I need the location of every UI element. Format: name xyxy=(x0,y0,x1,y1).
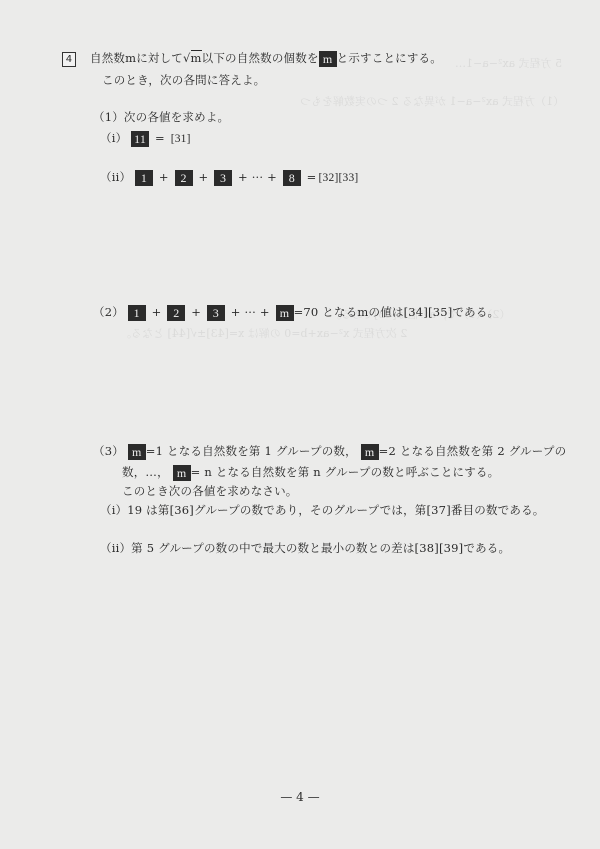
notation-box: 3 xyxy=(207,305,225,321)
part3-line3: このとき次の各値を求めなさい。 xyxy=(122,483,298,499)
answer-blank[interactable]: [32][33] xyxy=(319,172,359,184)
part2-label: （2） xyxy=(93,305,124,319)
ellipsis: + ··· + xyxy=(231,305,270,319)
notation-box: 8 xyxy=(283,170,301,186)
bleed-through-text: （1）方程式 ax²−a−1 が異なる 2 つの実数解をもつ xyxy=(300,93,564,109)
notation-box: 11 xyxy=(131,131,149,147)
part1-label: （1） xyxy=(93,110,124,124)
problem-number-box: 4 xyxy=(62,52,76,67)
notation-box: m xyxy=(173,465,191,481)
notation-box: m xyxy=(276,305,294,321)
answer-blank[interactable]: [31] xyxy=(171,133,191,145)
sub-label: （i） xyxy=(100,131,127,145)
page-number: — 4 — xyxy=(0,790,600,804)
notation-box: m xyxy=(128,444,146,460)
sqrt-argument: m xyxy=(191,50,202,65)
notation-box: 1 xyxy=(128,305,146,321)
problem-intro-line1: 4自然数mに対して√m以下の自然数の個数をmと示すことにする。 xyxy=(62,50,442,67)
part3-line2: 数，…， m= n となる自然数を第 n グループの数と呼ぶことにする。 xyxy=(122,464,499,481)
part1-sub-ii: （ii） 1 + 2 + 3 + ··· + 8 =[32][33] xyxy=(100,169,358,186)
part3-label: （3） xyxy=(93,444,124,458)
plus-sign: + xyxy=(152,305,162,319)
ellipsis: + ··· + xyxy=(238,170,277,184)
part3-text: =2 となる自然数を第 2 グループの xyxy=(379,444,567,458)
part3-text: 数，…， xyxy=(122,465,169,479)
part1-sub-i: （i） 11 = [31] xyxy=(100,130,191,147)
part1-heading: （1）次の各値を求めよ。 xyxy=(93,109,229,125)
part3-sub-ii: （ii）第 5 グループの数の中で最大の数と最小の数との差は[38][39]であ… xyxy=(100,540,510,556)
part2: （2） 1 + 2 + 3 + ··· + m=70 となるmの値は[34][3… xyxy=(93,304,499,321)
notation-box: 3 xyxy=(214,170,232,186)
exam-page: 5 方程式 ax²−a−1… （1）方程式 ax²−a−1 が異なる 2 つの実… xyxy=(0,0,600,849)
notation-box: m xyxy=(319,51,337,67)
sub-text: 第 5 グループの数の中で最大の数と最小の数との差は[38][39]である。 xyxy=(131,541,510,555)
part3-line1: （3） m=1 となる自然数を第 1 グループの数， m=2 となる自然数を第 … xyxy=(93,443,566,460)
part3-text: = n となる自然数を第 n グループの数と呼ぶことにする。 xyxy=(191,465,500,479)
part3-sub-i: （i）19 は第[36]グループの数であり，そのグループでは，第[37]番目の数… xyxy=(100,502,544,518)
part2-text: =70 となるmの値は[34][35]である。 xyxy=(294,305,500,319)
sub-label: （i） xyxy=(100,503,127,517)
intro-text: 自然数mに対して xyxy=(90,51,183,65)
part1-text: 次の各値を求めよ。 xyxy=(124,110,229,124)
part3-text: =1 となる自然数を第 1 グループの数， xyxy=(146,444,357,458)
plus-sign: + xyxy=(198,170,208,184)
problem-intro-line2: このとき，次の各問に答えよ。 xyxy=(102,72,265,88)
sub-text: 19 は第[36]グループの数であり，そのグループでは，第[37]番目の数である… xyxy=(127,503,544,517)
intro-text: 以下の自然数の個数を xyxy=(202,51,319,65)
plus-sign: + xyxy=(191,305,201,319)
sub-label: （ii） xyxy=(100,170,131,184)
notation-box: 2 xyxy=(167,305,185,321)
bleed-through-text: 2 次方程式 x²−ax+b=0 の解は x=[43]±√[44] となる。 xyxy=(120,325,407,341)
notation-box: 1 xyxy=(135,170,153,186)
plus-sign: + xyxy=(159,170,169,184)
bleed-through-text: 5 方程式 ax²−a−1… xyxy=(455,55,562,71)
equals-sign: = xyxy=(307,170,317,184)
sub-label: （ii） xyxy=(100,541,131,555)
notation-box: m xyxy=(361,444,379,460)
sqrt-symbol: √ xyxy=(183,51,191,65)
notation-box: 2 xyxy=(175,170,193,186)
sqrt-expression: √m xyxy=(183,50,202,65)
intro-text: と示すことにする。 xyxy=(337,51,442,65)
equals-sign: = xyxy=(155,131,165,145)
